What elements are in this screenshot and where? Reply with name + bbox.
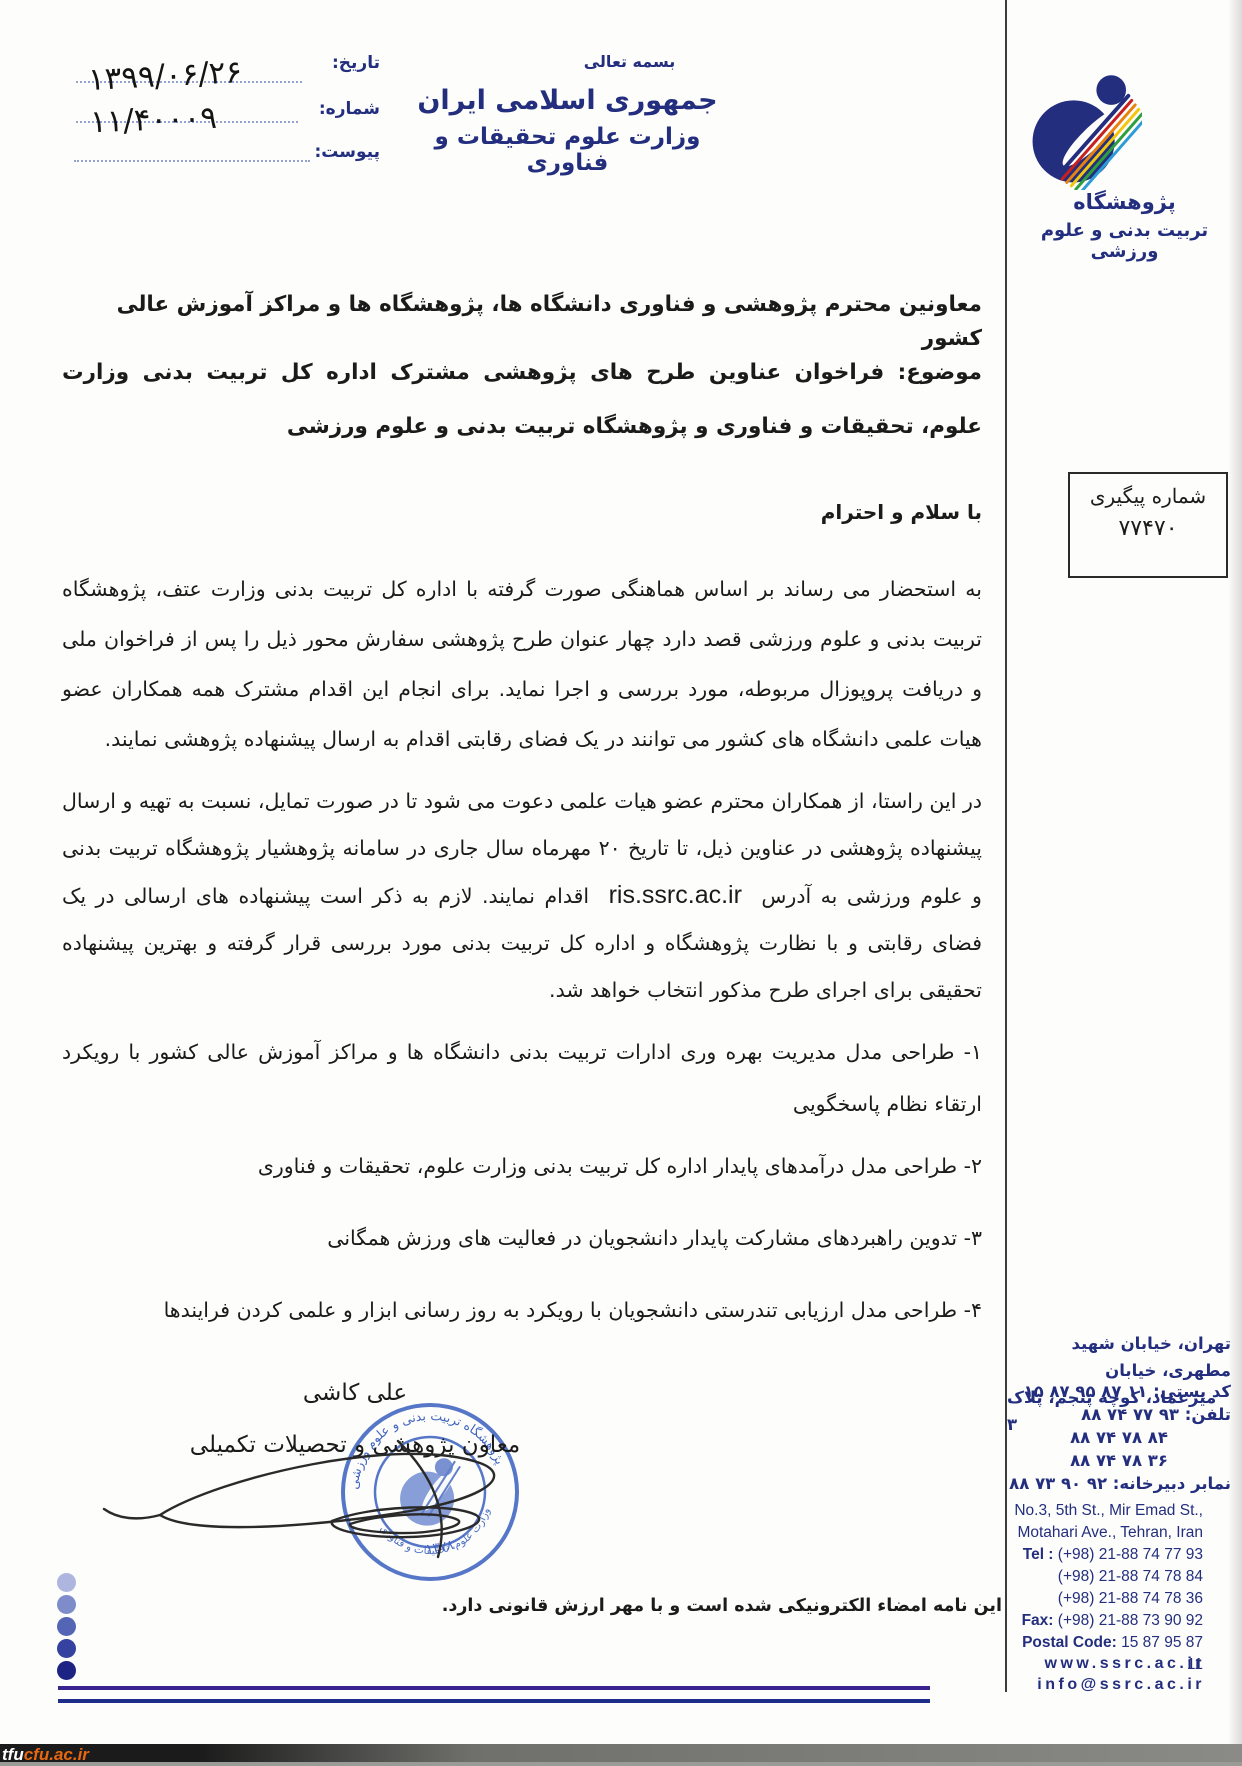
postal-code-fa: کد پستی: ۱۱ ۸۷ ۹۵ ۸۷ ۱۵ [1007,1380,1231,1403]
address-fa-line1: تهران، خیابان شهید مطهری، خیابان [1007,1330,1231,1384]
gradient-dots-decoration [57,1573,76,1683]
letterhead-center: بسمه تعالی جمهوری اسلامی ایران وزارت علو… [395,52,740,176]
phone-en-1: Tel : (+98) 21-88 74 77 93 [1007,1544,1203,1566]
dot-4 [57,1639,76,1658]
phone-fa-2: ۸۴ ۷۸ ۷۴ ۸۸ [1007,1426,1231,1449]
research-topic-3: ۳- تدوین راهبردهای مشارکت پایدار دانشجوی… [62,1212,982,1264]
handwritten-signature [100,1405,660,1595]
web-contact: www.ssrc.ac.ir info@ssrc.ac.ir [1007,1653,1239,1695]
paragraph-1: به استحضار می رساند بر اساس هماهنگی صورت… [62,564,982,764]
scan-edge-bottom-2 [0,1762,1242,1766]
number-label: شماره: [293,99,380,119]
electronic-signature-note: این نامه امضاء الکترونیکی شده است و با م… [62,1596,1002,1616]
scan-edge-right [1228,0,1242,1766]
research-topic-1: ۱- طراحی مدل مدیریت بهره وری ادارات تربی… [62,1026,982,1130]
fax-fa: نمابر دبیرخانه: ۹۲ ۹۰ ۷۳ ۸۸ [1007,1472,1231,1495]
bismillah-text: بسمه تعالی [457,52,802,71]
phone-en-3: (+98) 21-88 74 78 36 [1007,1588,1203,1610]
dot-2 [57,1595,76,1614]
attachment-dotted-line [74,160,310,162]
subject-line: موضوع: فراخوان عناوین طرح های پژوهشی مشت… [62,346,982,454]
research-topic-4: ۴- طراحی مدل ارزیابی تندرستی دانشجویان ب… [62,1284,982,1336]
watermark-prefix: tfu [2,1745,24,1765]
contact-fa: کد پستی: ۱۱ ۸۷ ۹۵ ۸۷ ۱۵ تلفن: ۹۳ ۷۷ ۷۴ ۸… [1007,1380,1235,1495]
contact-en: No.3, 5th St., Mir Emad St., Motahari Av… [1007,1500,1239,1676]
republic-title: جمهوری اسلامی ایران [395,85,740,116]
tracking-number-label: شماره پیگیری [1070,484,1226,508]
tracking-number-box: شماره پیگیری ۷۷۴۷۰ [1068,472,1228,578]
scanned-letter-page: تاریخ: ۱۳۹۹/۰۶/۲۶ شماره: ۱۱/۴۰۰۰۹ پیوست:… [0,0,1242,1766]
dot-3 [57,1617,76,1636]
paragraph-2: در این راستا، از همکاران محترم عضو هیات … [62,778,982,1014]
fax-en: Fax: (+98) 21-88 73 90 92 [1007,1610,1203,1632]
phone-fa-3: ۳۶ ۷۸ ۷۴ ۸۸ [1007,1449,1231,1472]
footer-double-rule [58,1686,930,1703]
org-logo-icon [1028,70,1142,190]
date-label: تاریخ: [298,53,380,73]
salutation-line: با سلام و احترام [62,500,982,524]
signer-name: علی کاشی [130,1380,580,1406]
tracking-number-value: ۷۷۴۷۰ [1070,516,1226,541]
org-name-line2: تربیت بدنی و علوم ورزشی [1007,220,1242,262]
email-address: info@ssrc.ac.ir [1007,1674,1205,1695]
date-value: ۱۳۹۹/۰۶/۲۶ [87,54,243,98]
dot-5 [57,1661,76,1680]
org-name-line1: پژوهشگاه [1007,190,1242,214]
phone-fa: تلفن: ۹۳ ۷۷ ۷۴ ۸۸ [1007,1403,1231,1426]
ministry-title: وزارت علوم تحقیقات و فناوری [395,124,740,176]
phone-en-2: (+98) 21-88 74 78 84 [1007,1566,1203,1588]
submission-url: ris.ssrc.ac.ir [609,872,742,919]
site-watermark: tfucfu.ac.ir [2,1744,89,1766]
number-value: ۱۱/۴۰۰۰۹ [89,100,217,140]
dot-1 [57,1573,76,1592]
address-en-line2: Motahari Ave., Tehran, Iran [1007,1522,1203,1544]
watermark-site: cfu.ac.ir [24,1745,89,1765]
address-en-line1: No.3, 5th St., Mir Emad St., [1007,1500,1203,1522]
research-topic-2: ۲- طراحی مدل درآمدهای پایدار اداره کل تر… [62,1140,982,1192]
website-url: www.ssrc.ac.ir [1007,1653,1205,1674]
attachment-label: پیوست: [305,142,380,162]
